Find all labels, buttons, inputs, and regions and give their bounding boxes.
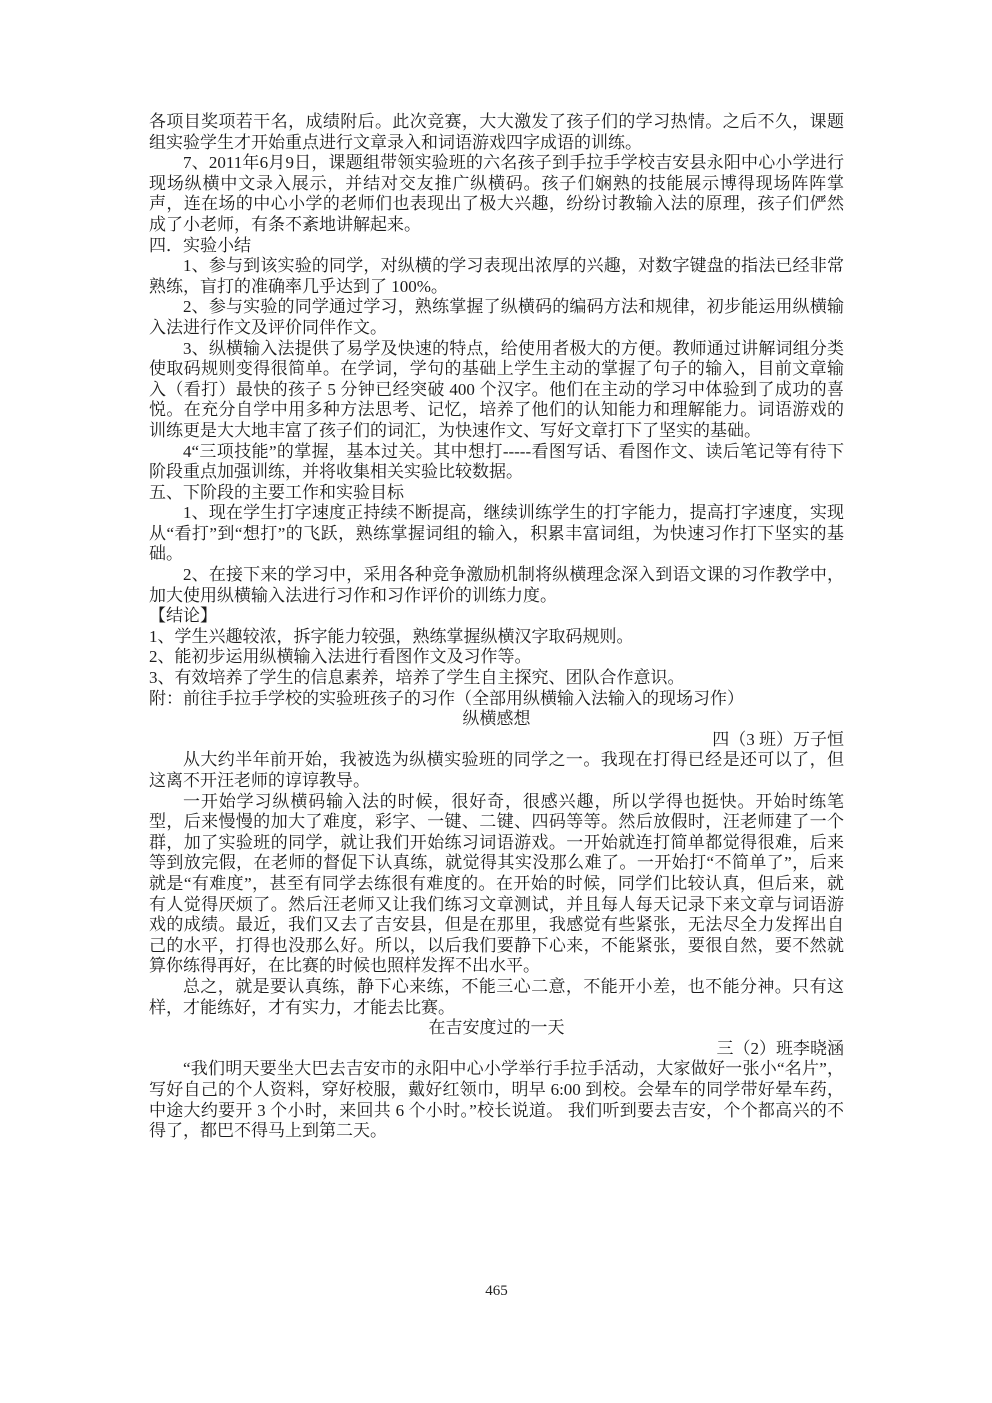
conclusion-item: 3、有效培养了学生的信息素养，培养了学生自主探究、团队合作意识。 <box>149 668 844 689</box>
conclusion-item: 1、学生兴趣较浓，拆字能力较强，熟练掌握纵横汉字取码规则。 <box>149 627 844 648</box>
essay-author: 四（3 班）万子恒 <box>149 730 844 751</box>
list-item: 3、纵横输入法提供了易学及快速的特点，给使用者极大的方便。教师通过讲解词组分类使… <box>149 339 844 442</box>
conclusion-item: 2、能初步运用纵横输入法进行看图作文及习作等。 <box>149 647 844 668</box>
list-item: 1、现在学生打字速度正持续不断提高，继续训练学生的打字能力，提高打字速度，实现从… <box>149 503 844 565</box>
essay-author: 三（2）班李晓涵 <box>149 1039 844 1060</box>
essay-title: 纵横感想 <box>149 709 844 730</box>
list-item: 2、参与实验的同学通过学习，熟练掌握了纵横码的编码方法和规律，初步能运用纵横输入… <box>149 297 844 338</box>
paragraph: 从大约半年前开始，我被选为纵横实验班的同学之一。我现在打得已经是还可以了，但这离… <box>149 750 844 791</box>
appendix-note: 附：前往手拉手学校的实验班孩子的习作（全部用纵横输入法输入的现场习作） <box>149 689 844 710</box>
document-body: 各项目奖项若干名，成绩附后。此次竞赛，大大激发了孩子们的学习热情。之后不久，课题… <box>149 112 844 1142</box>
paragraph: 7、2011年6月9日，课题组带领实验班的六名孩子到手拉手学校吉安县永阳中心小学… <box>149 153 844 235</box>
essay-title: 在吉安度过的一天 <box>149 1018 844 1039</box>
paragraph: 一开始学习纵横码输入法的时候，很好奇，很感兴趣，所以学得也挺快。开始时练笔型，后… <box>149 792 844 977</box>
paragraph: 总之，就是要认真练，静下心来练，不能三心二意，不能开小差，也不能分神。只有这样，… <box>149 977 844 1018</box>
paragraph: 各项目奖项若干名，成绩附后。此次竞赛，大大激发了孩子们的学习热情。之后不久，课题… <box>149 112 844 153</box>
list-item: 4“三项技能”的掌握，基本过关。其中想打-----看图写话、看图作文、读后笔记等… <box>149 442 844 483</box>
list-item: 2、在接下来的学习中，采用各种竞争激励机制将纵横理念深入到语文课的习作教学中，加… <box>149 565 844 606</box>
paragraph: “我们明天要坐大巴去吉安市的永阳中心小学举行手拉手活动，大家做好一张小“名片”，… <box>149 1059 844 1141</box>
section-heading: 四．实验小结 <box>149 236 844 257</box>
document-page: 各项目奖项若干名，成绩附后。此次竞赛，大大激发了孩子们的学习热情。之后不久，课题… <box>0 0 992 1403</box>
section-heading: 【结论】 <box>149 606 844 627</box>
section-heading: 五、下阶段的主要工作和实验目标 <box>149 483 844 504</box>
list-item: 1、参与到该实验的同学，对纵横的学习表现出浓厚的兴趣，对数字键盘的指法已经非常熟… <box>149 256 844 297</box>
page-number: 465 <box>149 1283 844 1300</box>
